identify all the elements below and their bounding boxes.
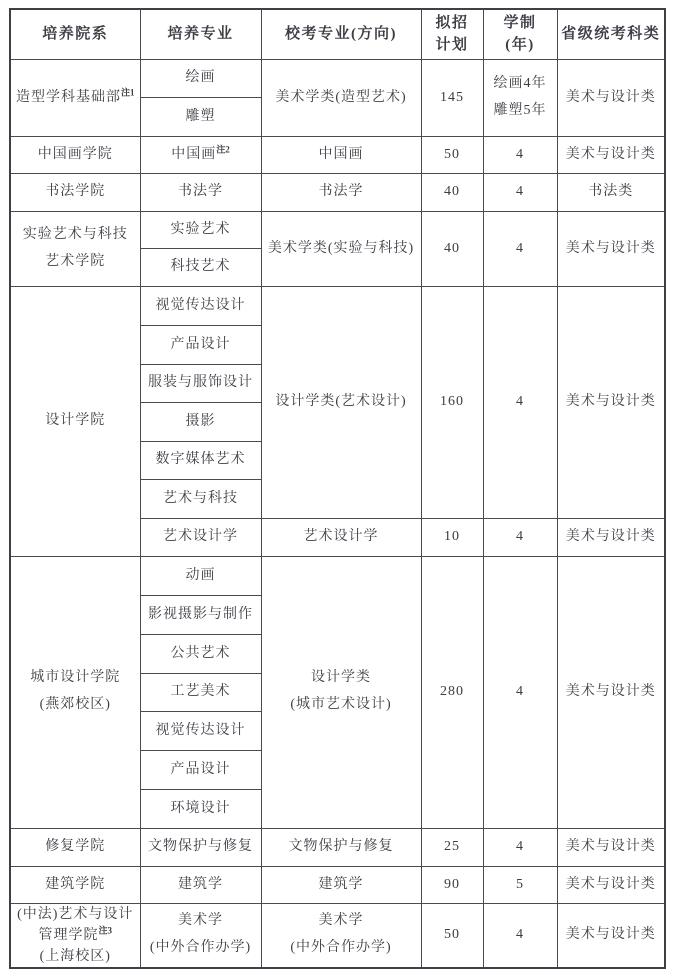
major-cell: 雕塑 bbox=[140, 97, 261, 136]
header-exam: 校考专业(方向) bbox=[261, 9, 421, 59]
dept-cell: 造型学科基础部注1 bbox=[10, 59, 140, 136]
plan-cell: 90 bbox=[421, 866, 483, 903]
years-cell: 4 bbox=[483, 828, 557, 866]
category-cell: 美术与设计类 bbox=[557, 286, 665, 518]
years-cell: 4 bbox=[483, 211, 557, 286]
header-major: 培养专业 bbox=[140, 9, 261, 59]
major-cell: 实验艺术 bbox=[140, 211, 261, 248]
table-row: 修复学院 文物保护与修复 文物保护与修复 25 4 美术与设计类 bbox=[10, 828, 665, 866]
category-cell: 美术与设计类 bbox=[557, 136, 665, 173]
dept-cell: 中国画学院 bbox=[10, 136, 140, 173]
major-cell: 书法学 bbox=[140, 173, 261, 211]
table-row: 城市设计学院(燕郊校区) 动画 设计学类(城市艺术设计) 280 4 美术与设计… bbox=[10, 556, 665, 595]
major-cell: 视觉传达设计 bbox=[140, 286, 261, 325]
header-dept: 培养院系 bbox=[10, 9, 140, 59]
dept-line-3: (上海校区) bbox=[40, 949, 111, 964]
category-cell: 美术与设计类 bbox=[557, 903, 665, 968]
major-note: 注2 bbox=[216, 144, 230, 154]
plan-cell: 50 bbox=[421, 903, 483, 968]
major-cell: 动画 bbox=[140, 556, 261, 595]
years-cell: 绘画4年雕塑5年 bbox=[483, 59, 557, 136]
major-cell: 科技艺术 bbox=[140, 248, 261, 286]
exam-cell: 书法学 bbox=[261, 173, 421, 211]
major-cell: 中国画注2 bbox=[140, 136, 261, 173]
plan-cell: 25 bbox=[421, 828, 483, 866]
exam-cell: 文物保护与修复 bbox=[261, 828, 421, 866]
table-row: 中国画学院 中国画注2 中国画 50 4 美术与设计类 bbox=[10, 136, 665, 173]
exam-cell: 设计学类(城市艺术设计) bbox=[261, 556, 421, 828]
major-cell: 艺术设计学 bbox=[140, 518, 261, 556]
years-cell: 4 bbox=[483, 556, 557, 828]
plan-cell: 145 bbox=[421, 59, 483, 136]
table-row: 实验艺术与科技艺术学院 实验艺术 美术学类(实验与科技) 40 4 美术与设计类 bbox=[10, 211, 665, 248]
years-cell: 4 bbox=[483, 518, 557, 556]
dept-line-1: (中法)艺术与设计 bbox=[17, 907, 133, 922]
dept-line-2: 管理学院 bbox=[38, 928, 98, 943]
major-cell: 摄影 bbox=[140, 402, 261, 441]
plan-cell: 280 bbox=[421, 556, 483, 828]
exam-cell: 中国画 bbox=[261, 136, 421, 173]
dept-cell: 建筑学院 bbox=[10, 866, 140, 903]
dept-cell: 城市设计学院(燕郊校区) bbox=[10, 556, 140, 828]
table-row: (中法)艺术与设计 管理学院注3 (上海校区) 美术学(中外合作办学) 美术学(… bbox=[10, 903, 665, 968]
exam-cell: 美术学(中外合作办学) bbox=[261, 903, 421, 968]
dept-note: 注3 bbox=[98, 925, 112, 935]
years-cell: 4 bbox=[483, 903, 557, 968]
dept-name: 造型学科基础部 bbox=[16, 90, 121, 105]
dept-cell: 设计学院 bbox=[10, 286, 140, 556]
exam-cell: 设计学类(艺术设计) bbox=[261, 286, 421, 518]
major-cell: 视觉传达设计 bbox=[140, 711, 261, 750]
category-cell: 美术与设计类 bbox=[557, 556, 665, 828]
exam-cell: 美术学类(实验与科技) bbox=[261, 211, 421, 286]
plan-cell: 10 bbox=[421, 518, 483, 556]
years-cell: 4 bbox=[483, 173, 557, 211]
header-years: 学制(年) bbox=[483, 9, 557, 59]
major-cell: 艺术与科技 bbox=[140, 479, 261, 518]
major-cell: 影视摄影与制作 bbox=[140, 595, 261, 634]
major-cell: 服装与服饰设计 bbox=[140, 364, 261, 402]
major-cell: 产品设计 bbox=[140, 325, 261, 364]
table-row: 书法学院 书法学 书法学 40 4 书法类 bbox=[10, 173, 665, 211]
table-row: 造型学科基础部注1 绘画 美术学类(造型艺术) 145 绘画4年雕塑5年 美术与… bbox=[10, 59, 665, 97]
major-cell: 绘画 bbox=[140, 59, 261, 97]
major-cell: 工艺美术 bbox=[140, 673, 261, 711]
years-cell: 5 bbox=[483, 866, 557, 903]
dept-cell: 实验艺术与科技艺术学院 bbox=[10, 211, 140, 286]
dept-cell: 书法学院 bbox=[10, 173, 140, 211]
years-cell: 4 bbox=[483, 136, 557, 173]
enrollment-plan-table: 培养院系 培养专业 校考专业(方向) 拟招计划 学制(年) 省级统考科类 造型学… bbox=[9, 8, 666, 969]
major-cell: 数字媒体艺术 bbox=[140, 441, 261, 479]
plan-cell: 40 bbox=[421, 173, 483, 211]
category-cell: 美术与设计类 bbox=[557, 828, 665, 866]
plan-cell: 160 bbox=[421, 286, 483, 518]
dept-note: 注1 bbox=[121, 87, 135, 97]
table-row: 设计学院 视觉传达设计 设计学类(艺术设计) 160 4 美术与设计类 bbox=[10, 286, 665, 325]
major-cell: 环境设计 bbox=[140, 789, 261, 828]
major-cell: 公共艺术 bbox=[140, 634, 261, 673]
exam-cell: 美术学类(造型艺术) bbox=[261, 59, 421, 136]
exam-cell: 艺术设计学 bbox=[261, 518, 421, 556]
major-cell: 文物保护与修复 bbox=[140, 828, 261, 866]
major-cell: 产品设计 bbox=[140, 750, 261, 789]
exam-cell: 建筑学 bbox=[261, 866, 421, 903]
table-row: 建筑学院 建筑学 建筑学 90 5 美术与设计类 bbox=[10, 866, 665, 903]
enrollment-plan-page: 培养院系 培养专业 校考专业(方向) 拟招计划 学制(年) 省级统考科类 造型学… bbox=[0, 0, 673, 975]
category-cell: 美术与设计类 bbox=[557, 518, 665, 556]
major-name: 中国画 bbox=[171, 147, 216, 162]
plan-cell: 50 bbox=[421, 136, 483, 173]
category-cell: 美术与设计类 bbox=[557, 59, 665, 136]
dept-cell: (中法)艺术与设计 管理学院注3 (上海校区) bbox=[10, 903, 140, 968]
major-cell: 美术学(中外合作办学) bbox=[140, 903, 261, 968]
header-plan: 拟招计划 bbox=[421, 9, 483, 59]
header-category: 省级统考科类 bbox=[557, 9, 665, 59]
category-cell: 美术与设计类 bbox=[557, 211, 665, 286]
plan-cell: 40 bbox=[421, 211, 483, 286]
category-cell: 书法类 bbox=[557, 173, 665, 211]
major-cell: 建筑学 bbox=[140, 866, 261, 903]
dept-cell: 修复学院 bbox=[10, 828, 140, 866]
category-cell: 美术与设计类 bbox=[557, 866, 665, 903]
years-cell: 4 bbox=[483, 286, 557, 518]
